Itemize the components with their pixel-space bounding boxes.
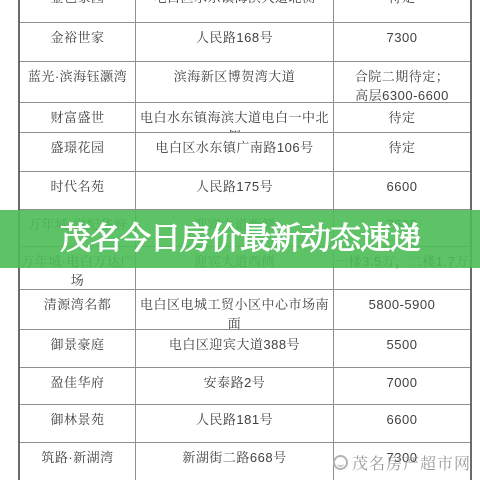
address-cell: 电白区迎宾大道388号 <box>136 330 334 367</box>
price-cell: 5500 <box>334 330 470 367</box>
project-name-cell: 蓝光·滨海钰灏湾 <box>20 62 136 102</box>
price-cell: 待定 <box>334 133 470 171</box>
project-name-cell: 盛璟花园 <box>20 133 136 171</box>
address-cell: 人民路181号 <box>136 405 334 442</box>
project-name-cell: 金色家园 <box>20 0 136 22</box>
watermark-text: 茂名房产超市网 <box>352 451 471 474</box>
table-row: 金色家园 电白区水东镇海滨大道北侧 待定 <box>20 0 470 23</box>
table-row: 清源湾名都 电白区电城工贸小区中心市场南面 5800-5900 <box>20 290 470 330</box>
project-name-cell: 盈佳华府 <box>20 368 136 404</box>
project-name-cell: 御景豪庭 <box>20 330 136 367</box>
price-cell: 5800-5900 <box>334 290 470 329</box>
table-row: 金裕世家 人民路168号 7300 <box>20 23 470 62</box>
price-cell: 6600 <box>334 405 470 442</box>
address-cell: 安泰路2号 <box>136 368 334 404</box>
table-row: 御景豪庭 电白区迎宾大道388号 5500 <box>20 330 470 368</box>
price-cell: 6600 <box>334 172 470 209</box>
price-cell: 7300 <box>334 23 470 61</box>
watermark: 茂名房产超市网 <box>333 451 471 474</box>
project-name-cell: 筑路·新湖湾 <box>20 443 136 480</box>
banner-title: 茂名今日房价最新动态速递 <box>0 210 480 268</box>
project-name-cell: 金裕世家 <box>20 23 136 61</box>
address-cell: 新湖街二路668号 <box>136 443 334 480</box>
price-cell: 待定 <box>334 103 470 132</box>
table-row: 蓝光·滨海钰灏湾 滨海新区博贺湾大道 合院二期待定； 高层6300-6600 <box>20 62 470 103</box>
project-name-cell: 时代名苑 <box>20 172 136 209</box>
address-cell: 电白区水东镇海滨大道北侧 <box>136 0 334 22</box>
address-cell: 电白水东镇海滨大道电白一中北侧 <box>136 103 334 132</box>
table-row: 盛璟花园 电白区水东镇广南路106号 待定 <box>20 133 470 172</box>
project-name-cell: 财富盛世 <box>20 103 136 132</box>
address-cell: 电白区水东镇广南路106号 <box>136 133 334 171</box>
table-row: 时代名苑 人民路175号 6600 <box>20 172 470 210</box>
page: 金色家园 电白区水东镇海滨大道北侧 待定 金裕世家 人民路168号 7300 蓝… <box>0 0 480 480</box>
address-cell: 人民路168号 <box>136 23 334 61</box>
price-cell: 7000 <box>334 368 470 404</box>
watermark-logo-icon <box>333 455 348 470</box>
table-row: 御林景苑 人民路181号 6600 <box>20 405 470 443</box>
banner: 茂名今日房价最新动态速递 <box>0 210 480 268</box>
address-cell: 电白区电城工贸小区中心市场南面 <box>136 290 334 329</box>
address-cell: 人民路175号 <box>136 172 334 209</box>
project-name-cell: 清源湾名都 <box>20 290 136 329</box>
project-name-cell: 御林景苑 <box>20 405 136 442</box>
price-cell: 合院二期待定； 高层6300-6600 <box>334 62 470 102</box>
price-cell: 待定 <box>334 0 470 22</box>
address-cell: 滨海新区博贺湾大道 <box>136 62 334 102</box>
table-row: 盈佳华府 安泰路2号 7000 <box>20 368 470 405</box>
table-row: 财富盛世 电白水东镇海滨大道电白一中北侧 待定 <box>20 103 470 133</box>
